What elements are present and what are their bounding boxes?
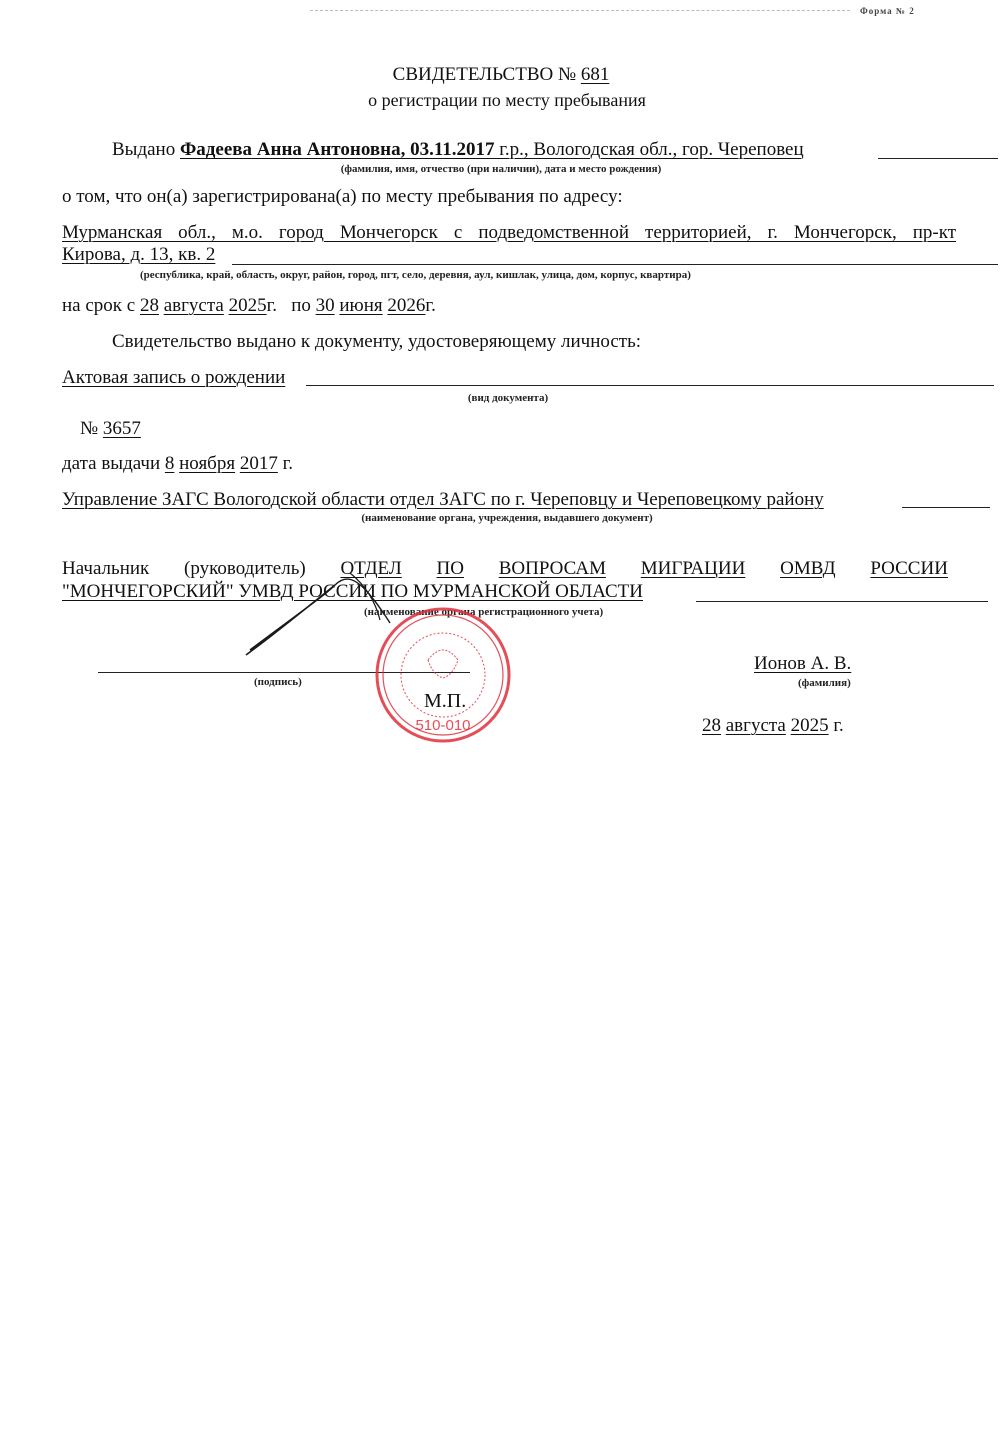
identity-intro: Свидетельство выдано к документу, удосто… <box>112 331 641 353</box>
identity-document-number: № 3657 <box>80 418 141 440</box>
identity-document-type: Актовая запись о рождении <box>62 367 285 389</box>
fill-line <box>232 264 998 265</box>
fill-line <box>696 601 988 602</box>
address-caption: (республика, край, область, округ, район… <box>140 269 691 281</box>
registration-statement: о том, что он(а) зарегистрирована(а) по … <box>62 186 623 208</box>
identity-issue-date: дата выдачи 8 ноября 2017 г. <box>62 453 293 475</box>
official-stamp-icon: 510-010 <box>368 605 518 745</box>
document-subtitle: о регистрации по месту пребывания <box>0 90 1002 111</box>
fill-line <box>902 507 990 508</box>
scan-artifact-line <box>310 10 850 11</box>
signature-date: 28 августа 2025 г. <box>702 715 844 737</box>
fill-line <box>878 158 998 159</box>
signature-caption: (подпись) <box>254 676 302 688</box>
form-mark: Форма № 2 <box>860 6 915 16</box>
address-line-2: Кирова, д. 13, кв. 2 <box>62 244 215 266</box>
address-line-1: Мурманская обл., м.о. город Мончегорск с… <box>62 222 956 244</box>
authority-line-1: Начальник (руководитель) ОТДЕЛ ПО ВОПРОС… <box>62 558 948 580</box>
identity-issuer: Управление ЗАГС Вологодской области отде… <box>62 489 824 511</box>
svg-text:510-010: 510-010 <box>415 717 470 734</box>
document-title: СВИДЕТЕЛЬСТВО № 681 <box>0 64 1002 86</box>
stamp-place-label: М.П. <box>424 690 466 713</box>
signer-caption: (фамилия) <box>798 677 851 689</box>
issuer-caption: (наименование органа, учреждения, выдавш… <box>0 512 1002 524</box>
registration-period: на срок с 28 августа 2025г. по 30 июня 2… <box>62 295 436 317</box>
holder-birthplace: г.р., Вологодская обл., гор. Череповец <box>495 139 804 160</box>
holder-name-dob: Фадеева Анна Антоновна, 03.11.2017 <box>180 139 495 160</box>
fill-line <box>306 385 994 386</box>
certificate-number: 681 <box>581 64 610 85</box>
document-type-caption: (вид документа) <box>0 392 1002 404</box>
holder-caption: (фамилия, имя, отчество (при наличии), д… <box>0 163 1002 175</box>
issued-to-line: Выдано Фадеева Анна Антоновна, 03.11.201… <box>112 139 804 161</box>
signer-name: Ионов А. В. <box>754 653 851 675</box>
